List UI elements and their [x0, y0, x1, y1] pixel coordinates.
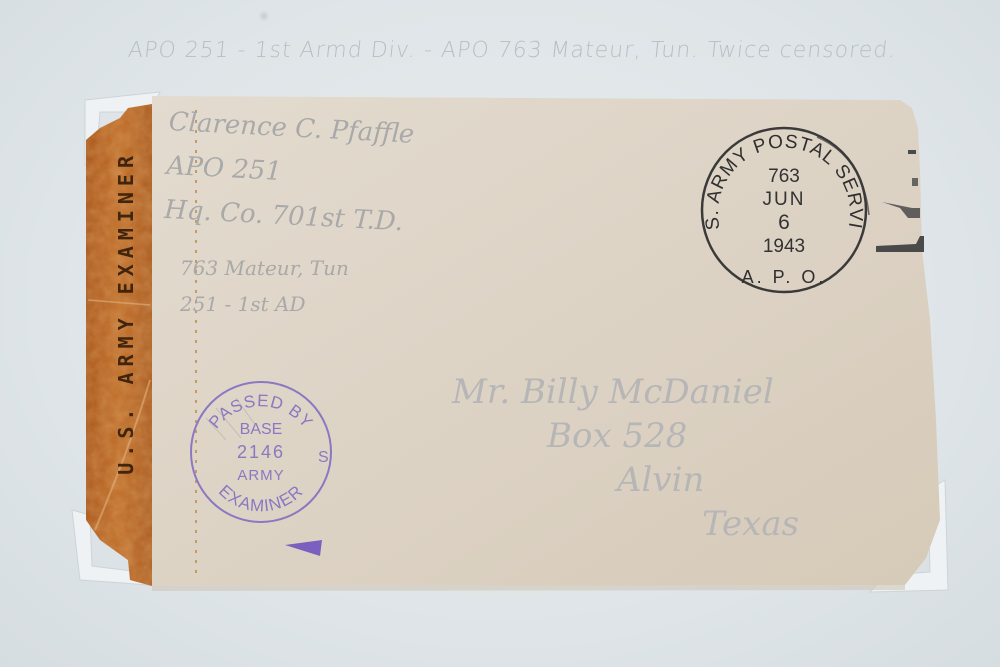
censor-line3: ARMY	[237, 467, 284, 484]
recipient-city: Alvin	[452, 458, 799, 502]
postmark-stamp: U. S. ARMY POSTAL SERVICE A. P. O. 763 J…	[697, 125, 871, 295]
return-address: Clarence C. Pfaffle APO 251 Hq. Co. 701s…	[163, 100, 415, 245]
censor-line1: BASE	[240, 421, 283, 438]
recipient-box: Box 528	[452, 414, 799, 458]
postmark-apo: A. P. O.	[742, 267, 827, 287]
postmark-year: 1943	[763, 236, 805, 257]
pencil-note-line: 251 - 1st AD	[180, 286, 349, 322]
svg-text:EXAMINER: EXAMINER	[215, 481, 307, 515]
pencil-notes: 763 Mateur, Tun 251 - 1st AD	[180, 250, 349, 322]
envelope-graphic	[0, 0, 1000, 667]
censor-bottom-text: EXAMINER	[215, 481, 307, 515]
recipient-name: Mr. Billy McDaniel	[452, 370, 799, 414]
recipient-state: Texas	[452, 502, 799, 546]
censor-side-text: S	[318, 449, 329, 466]
postmark-apo-number: 763	[768, 166, 800, 187]
cancellation-marks	[872, 150, 932, 260]
recipient-address: Mr. Billy McDaniel Box 528 Alvin Texas	[452, 370, 799, 546]
censor-tape-text: U.S. ARMY EXAMINER	[114, 150, 138, 480]
pencil-note-line: 763 Mateur, Tun	[180, 250, 349, 286]
censor-stamp: PASSED BY EXAMINER S BASE 2146 ARMY	[186, 378, 336, 526]
postmark-day: 6	[778, 211, 790, 234]
censor-line2: 2146	[237, 442, 285, 462]
postmark-month: JUN	[763, 189, 806, 210]
photo-scene: APO 251 - 1st Armd Div. - APO 763 Mateur…	[0, 0, 1000, 667]
